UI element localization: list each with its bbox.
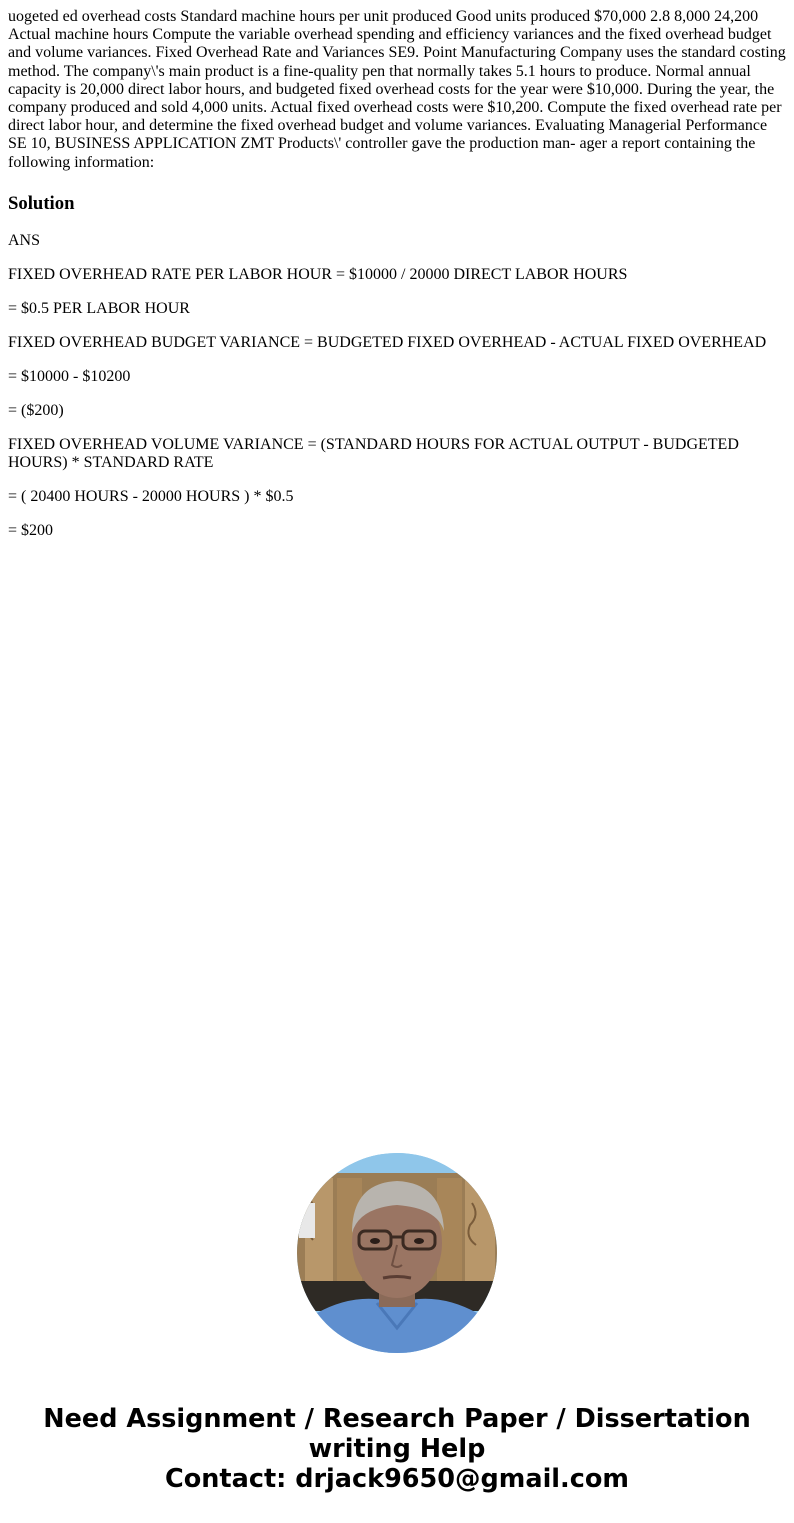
answer-label: ANS bbox=[8, 232, 788, 250]
volume-variance-formula: FIXED OVERHEAD VOLUME VARIANCE = (STANDA… bbox=[8, 436, 788, 472]
promo-line-2: writing Help bbox=[0, 1434, 794, 1464]
solution-body: ANS FIXED OVERHEAD RATE PER LABOR HOUR =… bbox=[8, 232, 788, 540]
person-photo-icon bbox=[297, 1153, 497, 1353]
budget-variance-calc: = $10000 - $10200 bbox=[8, 368, 788, 386]
solution-heading: Solution bbox=[8, 193, 788, 215]
volume-variance-calc: = ( 20400 HOURS - 20000 HOURS ) * $0.5 bbox=[8, 488, 788, 506]
promo-contact: Contact: drjack9650@gmail.com bbox=[0, 1464, 794, 1494]
budget-variance-result: = ($200) bbox=[8, 402, 788, 420]
rate-formula: FIXED OVERHEAD RATE PER LABOR HOUR = $10… bbox=[8, 266, 788, 284]
avatar bbox=[297, 1153, 497, 1353]
question-text: uogeted ed overhead costs Standard machi… bbox=[8, 8, 788, 172]
rate-result: = $0.5 PER LABOR HOUR bbox=[8, 300, 788, 318]
promo-banner: Need Assignment / Research Paper / Disse… bbox=[0, 1404, 794, 1494]
promo-line-1: Need Assignment / Research Paper / Disse… bbox=[0, 1404, 794, 1434]
budget-variance-formula: FIXED OVERHEAD BUDGET VARIANCE = BUDGETE… bbox=[8, 334, 788, 352]
volume-variance-result: = $200 bbox=[8, 522, 788, 540]
document-content: uogeted ed overhead costs Standard machi… bbox=[8, 8, 788, 556]
